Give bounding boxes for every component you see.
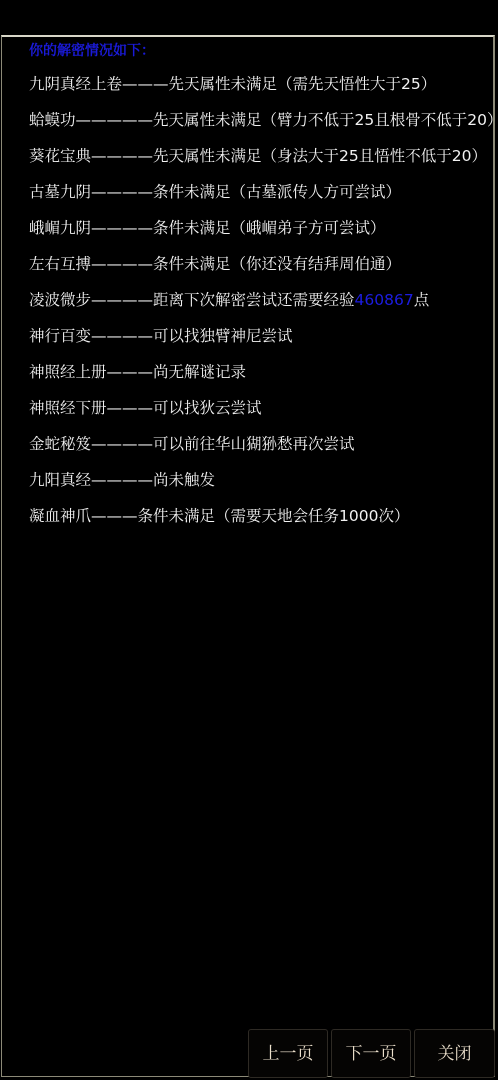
status-list: 九阴真经上卷———先天属性未满足（需先天悟性大于25） 蛤蟆功—————先天属性…: [29, 73, 498, 541]
close-button[interactable]: 关闭: [414, 1029, 495, 1078]
status-line-gumu-jiuyin: 古墓九阴————条件未满足（古墓派传人方可尝试）: [29, 181, 498, 217]
status-line-zuoyou-hubo: 左右互搏————条件未满足（你还没有结拜周伯通）: [29, 253, 498, 289]
status-line-jinshe: 金蛇秘笈————可以前往华山猢狲愁再次尝试: [29, 433, 498, 469]
status-line-shenzhao-lower: 神照经下册———可以找狄云尝试: [29, 397, 498, 433]
status-line-jiuyang: 九阳真经————尚未触发: [29, 469, 498, 505]
status-line-ningxue: 凝血神爪———条件未满足（需要天地会任务1000次）: [29, 505, 498, 541]
decryption-status-panel: 你的解密情况如下： 九阴真经上卷———先天属性未满足（需先天悟性大于25） 蛤蟆…: [1, 35, 495, 1077]
panel-header: 你的解密情况如下：: [29, 40, 155, 60]
status-line-shenxing: 神行百变————可以找独臂神尼尝试: [29, 325, 498, 361]
status-line-shenzhao-upper: 神照经上册———尚无解谜记录: [29, 361, 498, 397]
status-line-kuihua: 葵花宝典————先天属性未满足（身法大于25且悟性不低于20）: [29, 145, 498, 181]
prev-page-button[interactable]: 上一页: [248, 1029, 328, 1078]
status-line-lingbo: 凌波微步————距离下次解密尝试还需要经验460867点: [29, 289, 498, 325]
exp-required-value: 460867: [355, 291, 414, 309]
status-line-hama: 蛤蟆功—————先天属性未满足（臂力不低于25且根骨不低于20）: [29, 109, 498, 145]
lingbo-suffix: 点: [414, 291, 430, 309]
status-line-jiuyin-upper: 九阴真经上卷———先天属性未满足（需先天悟性大于25）: [29, 73, 498, 109]
next-page-button[interactable]: 下一页: [331, 1029, 411, 1078]
lingbo-prefix: 凌波微步————距离下次解密尝试还需要经验: [29, 291, 355, 309]
status-line-emei-jiuyin: 峨嵋九阴————条件未满足（峨嵋弟子方可尝试）: [29, 217, 498, 253]
